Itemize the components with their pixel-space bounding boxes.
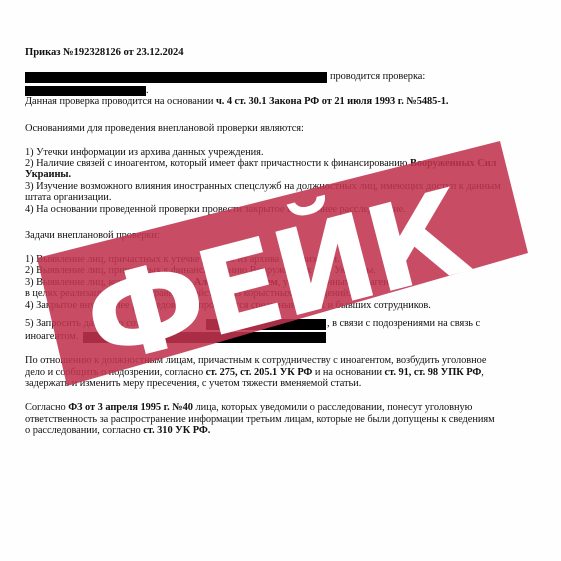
p2-law-ref: ФЗ от 3 апреля 1995 г. №40 (68, 402, 193, 413)
p1-text: и на основании (312, 367, 384, 378)
tasks-item-bold: Александровичем (194, 277, 278, 288)
paragraph-1-line: По отношению к должностным лицам, причас… (25, 355, 486, 367)
p1-article-ref: ст. 91, ст. 98 УПК РФ (385, 367, 482, 378)
p1-article-ref: ст. 275, ст. 205.1 УК РФ (206, 367, 313, 378)
tasks-item: 5) Запросить данные о сотрудниках (25, 318, 181, 330)
paragraph-1-line: задержать и изменить меру пресечения, с … (25, 378, 361, 390)
redaction-bar (83, 332, 326, 343)
grounds-heading: Основаниями для проведения внеплановой п… (25, 123, 304, 135)
grounds-item: штата организации. (25, 192, 111, 204)
p2-article-ref: ст. 310 УК РФ. (143, 425, 210, 436)
document-page: Приказ №192328126 от 23.12.2024 проводит… (0, 0, 561, 561)
tasks-heading: Задачи внеплановой проверки: (25, 230, 160, 242)
tasks-item: 4) Закрытое внутреннее расследование про… (25, 300, 431, 312)
tasks-item: в целях реализации противоправных действ… (25, 288, 351, 300)
basis-text: Данная проверка проводится на основании (25, 96, 216, 107)
redaction-bar (25, 86, 146, 96)
p1-text: , (481, 367, 484, 378)
p2-text: лица, которых уведомили о расследовании,… (193, 402, 472, 413)
p2-text: о расследовании, согласно (25, 425, 143, 436)
grounds-item: Украины. (25, 169, 71, 181)
grounds-item-text: 2) Наличие связей с иноагентом, который … (25, 158, 410, 169)
tasks-item-after: , установленным иноагентом, (278, 277, 407, 288)
redaction-bar (206, 319, 326, 330)
tasks-item: 2) Выявление лиц, причастных к финансиро… (25, 265, 376, 277)
redaction-bar (25, 72, 327, 83)
tasks-item: иноагентом. (25, 331, 78, 343)
tasks-item-after: , в связи с подозрениями на связь с (327, 318, 480, 330)
basis-law-reference: ч. 4 ст. 30.1 Закона РФ от 21 июля 1993 … (216, 96, 448, 107)
intro-basis: Данная проверка проводится на основании … (25, 96, 448, 108)
tasks-item-text: 3) Выявление лиц, контактирующих с (25, 277, 194, 288)
p2-text: Согласно (25, 402, 68, 413)
document-title: Приказ №192328126 от 23.12.2024 (25, 47, 183, 59)
grounds-item-bold: Вооруженных Сил (410, 158, 496, 169)
paragraph-2-line: Согласно ФЗ от 3 апреля 1995 г. №40 лица… (25, 402, 472, 414)
p1-text: дело и сообщить о подозрении, согласно (25, 367, 206, 378)
grounds-item: 4) На основании проведенной проверки про… (25, 204, 406, 216)
paragraph-2-line: о расследовании, согласно ст. 310 УК РФ. (25, 425, 210, 437)
grounds-item: 2) Наличие связей с иноагентом, который … (25, 158, 496, 170)
intro-line-1: проводится проверка: (330, 71, 425, 83)
